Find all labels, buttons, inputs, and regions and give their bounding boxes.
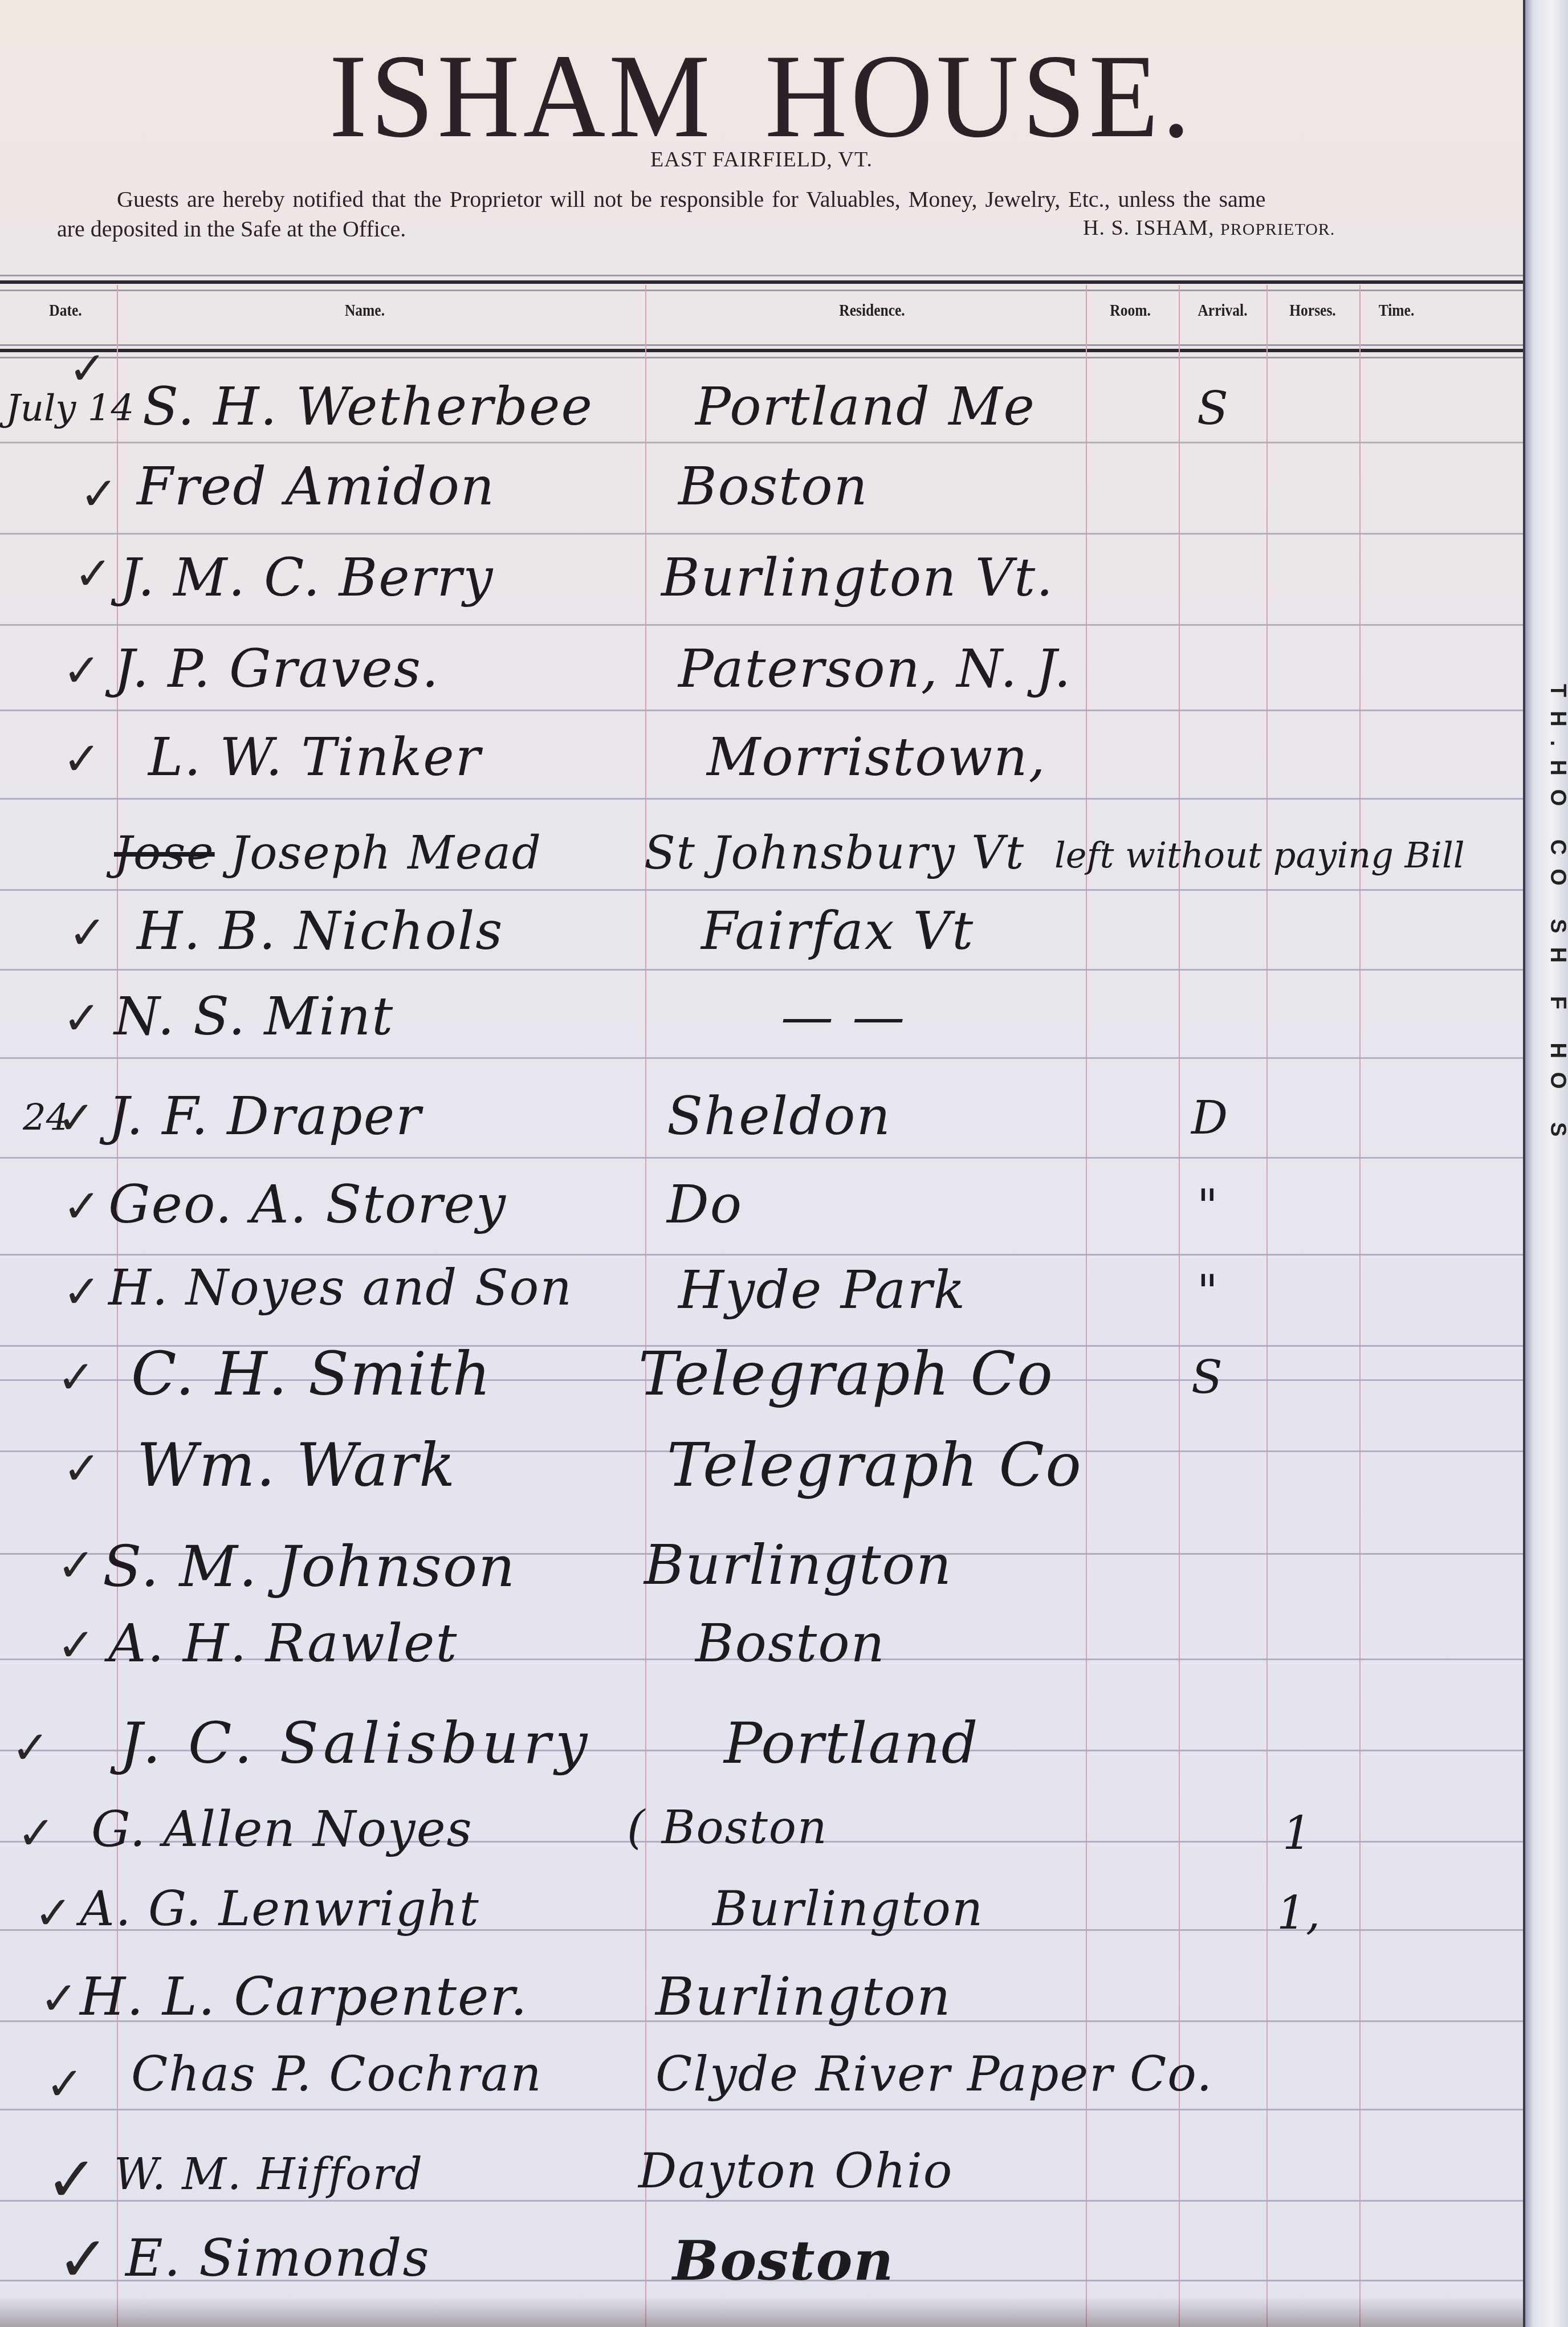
register-entry: ✓ Geo. A. Storey Do " <box>0 1174 1523 1260</box>
register-entry: ✓ Fred Amidon Boston <box>0 456 1523 541</box>
proprietor-signature: H. S. ISHAM, PROPRIETOR. <box>1083 215 1335 241</box>
check-mark-icon: ✓ <box>40 1972 78 2025</box>
entry-horses: 1, <box>1277 1886 1320 1939</box>
entry-name: H. L. Carpenter. <box>80 1966 528 2027</box>
column-header-horses: Horses. <box>1281 301 1345 320</box>
register-entry: ✓ G. Allen Noyes ( Boston 1 <box>0 1795 1523 1881</box>
check-mark-icon: ✓ <box>57 1619 95 1672</box>
header-rule-bottom-thick <box>0 349 1523 352</box>
check-mark-icon: ✓ <box>68 906 107 959</box>
entry-name: J. M. C. Berry <box>120 547 494 608</box>
header-rule-top-thin <box>0 275 1523 276</box>
entry-date: July 14 <box>6 388 134 430</box>
entry-residence: Boston <box>673 2228 894 2293</box>
check-mark-icon: ✓ <box>57 2223 109 2296</box>
entry-arrival: " <box>1197 1265 1218 1318</box>
column-header-residence: Residence. <box>824 301 921 320</box>
entry-residence: Boston <box>695 1613 886 1674</box>
page-bottom-shadow <box>0 2297 1523 2327</box>
register-entry: ✓ N. S. Mint — — <box>0 986 1523 1071</box>
register-entry: ✓ H. L. Carpenter. Burlington <box>0 1966 1523 2052</box>
entry-residence: Portland Me <box>695 376 1036 437</box>
register-entry: ✓ L. W. Tinker Morristown, <box>0 727 1523 812</box>
entry-residence: ( Boston <box>627 1801 828 1854</box>
register-entry: ✓ A. G. Lenwright Burlington 1, <box>0 1881 1523 1966</box>
adjacent-page-edge: TH.HO CO SH F HO S <box>1523 0 1568 2327</box>
check-mark-icon: ✓ <box>80 467 118 520</box>
entry-name: J. C. Salisbury <box>120 1710 592 1776</box>
entry-residence: Burlington <box>655 1966 951 2027</box>
register-page: ISHAMHOUSE. EAST FAIRFIELD, VT. Guests a… <box>0 0 1523 2327</box>
register-entry: ✓ S. M. Johnson Burlington <box>0 1533 1523 1619</box>
register-entry: 24 ✓ J. F. Draper Sheldon D <box>0 1086 1523 1171</box>
entry-name: J. P. Graves. <box>114 638 439 699</box>
entry-name: E. Simonds <box>125 2228 430 2288</box>
check-mark-icon: ✓ <box>57 1539 95 1592</box>
register-entry: ✓ E. Simonds Boston <box>0 2223 1523 2308</box>
entry-name: J. F. Draper <box>108 1086 422 1147</box>
entry-name: G. Allen Noyes <box>91 1801 473 1858</box>
column-header-arrival: Arrival. <box>1191 301 1255 320</box>
check-mark-icon: ✓ <box>34 1886 72 1939</box>
register-entry: ✓ J. M. C. Berry Burlington Vt. <box>0 547 1523 633</box>
header-rule-top-thick <box>0 280 1523 284</box>
proprietor-title: PROPRIETOR. <box>1220 220 1335 239</box>
entry-residence: Telegraph Co <box>638 1339 1054 1409</box>
entry-arrival: S <box>1191 1351 1223 1404</box>
entry-residence: Sheldon <box>667 1086 891 1147</box>
hotel-location: EAST FAIRFIELD, VT. <box>0 147 1523 172</box>
check-mark-icon: ✓ <box>63 992 101 1045</box>
entry-residence: Paterson, N. J. <box>678 638 1072 699</box>
check-mark-icon: ✓ <box>57 1351 95 1404</box>
notice-line-2: are deposited in the Safe at the Office. <box>57 215 406 242</box>
column-header-time: Time. <box>1372 301 1421 320</box>
entry-name: H. B. Nichols <box>137 900 504 961</box>
entry-arrival: D <box>1191 1091 1228 1144</box>
entry-residence: St Johnsbury Vt <box>644 826 1025 879</box>
title-word-house: HOUSE. <box>765 30 1194 162</box>
entry-name: Wm. Wark <box>137 1431 456 1500</box>
header-rule-top-thin-2 <box>0 290 1523 291</box>
check-mark-icon: ✓ <box>74 547 112 600</box>
check-mark-icon: ✓ <box>63 732 101 785</box>
hotel-title: ISHAMHOUSE. <box>0 31 1523 163</box>
check-mark-icon: ✓ <box>46 2057 84 2110</box>
entry-horses: 1 <box>1282 1807 1312 1860</box>
entry-residence: Telegraph Co <box>667 1431 1082 1500</box>
entry-note: left without paying Bill <box>1054 834 1465 876</box>
adjacent-page-text: TH.HO CO SH F HO S <box>1553 684 1568 1150</box>
entry-residence: Burlington <box>644 1533 952 1597</box>
register-entry: ✓ J. C. Salisbury Portland <box>0 1704 1523 1790</box>
check-mark-icon: ✓ <box>63 1180 101 1233</box>
entry-residence: Burlington Vt. <box>661 547 1054 608</box>
header-rule-bottom-thin-2 <box>0 357 1523 358</box>
entry-name: Chas P. Cochran <box>131 2046 542 2102</box>
entry-residence: Burlington <box>712 1881 984 1937</box>
entry-name: A. G. Lenwright <box>80 1881 480 1937</box>
register-entry: ✓ H. Noyes and Son Hyde Park " <box>0 1260 1523 1345</box>
entry-name: H. Noyes and Son <box>108 1260 573 1317</box>
register-entry: Jose Joseph Mead St Johnsbury Vt left wi… <box>0 821 1523 906</box>
register-entry: ✓ Chas P. Cochran Clyde River Paper Co. <box>0 2046 1523 2132</box>
register-entry: ✓ J. P. Graves. Paterson, N. J. <box>0 633 1523 718</box>
register-entry: ✓ July 14 S. H. Wetherbee Portland Me S <box>0 365 1523 450</box>
register-entry: ✓ W. M. Hifford Dayton Ohio <box>0 2143 1523 2228</box>
struck-name: Jose <box>114 826 215 879</box>
entry-residence: Portland <box>724 1710 979 1776</box>
entry-name: L. W. Tinker <box>148 727 482 788</box>
proprietor-name: H. S. ISHAM, <box>1083 216 1220 240</box>
column-header-name: Name. <box>336 301 394 320</box>
entry-residence: Hyde Park <box>678 1260 966 1321</box>
title-word-isham: ISHAM <box>329 30 714 162</box>
entry-name: Geo. A. Storey <box>108 1174 507 1235</box>
entry-residence: Dayton Ohio <box>638 2143 953 2199</box>
register-entry: ✓ A. H. Rawlet Boston <box>0 1613 1523 1698</box>
check-mark-icon: ✓ <box>63 644 101 697</box>
header-rule-bottom-thin <box>0 344 1523 346</box>
entry-residence: — — <box>781 986 906 1047</box>
entry-name: N. S. Mint <box>114 986 394 1047</box>
check-mark-icon: ✓ <box>63 1442 101 1495</box>
entry-name: A. H. Rawlet <box>108 1613 458 1674</box>
entry-name: S. M. Johnson <box>103 1533 516 1600</box>
check-mark-icon: ✓ <box>17 1807 55 1860</box>
entry-residence: Boston <box>678 456 869 517</box>
entry-name: S. H. Wetherbee <box>142 376 593 437</box>
column-header-date: Date. <box>39 301 92 320</box>
entry-name: Fred Amidon <box>137 456 495 517</box>
check-mark-icon: ✓ <box>63 1265 101 1318</box>
entry-name: C. H. Smith <box>131 1339 492 1409</box>
check-mark-icon: ✓ <box>46 2143 98 2216</box>
entry-residence: Do <box>667 1174 743 1235</box>
register-entry: ✓ Wm. Wark Telegraph Co <box>0 1425 1523 1510</box>
entry-residence: Morristown, <box>707 727 1046 788</box>
entry-arrival: S <box>1197 382 1228 435</box>
register-entry: ✓ H. B. Nichols Fairfax Vt <box>0 900 1523 986</box>
notice-line-1: Guests are hereby notified that the Prop… <box>117 186 1266 213</box>
check-mark-icon: ✓ <box>11 1721 50 1774</box>
entry-arrival: " <box>1197 1180 1218 1233</box>
entry-residence: Clyde River Paper Co. <box>655 2046 1213 2102</box>
entry-name-text: Joseph Mead <box>230 826 542 879</box>
column-header-room: Room. <box>1103 301 1157 320</box>
register-entry: ✓ C. H. Smith Telegraph Co S <box>0 1334 1523 1419</box>
check-mark-icon: ✓ <box>57 1091 95 1144</box>
entry-residence: Fairfax Vt <box>701 900 974 961</box>
entry-name: W. M. Hifford <box>114 2149 423 2199</box>
entry-name: Jose Joseph Mead <box>114 826 542 879</box>
